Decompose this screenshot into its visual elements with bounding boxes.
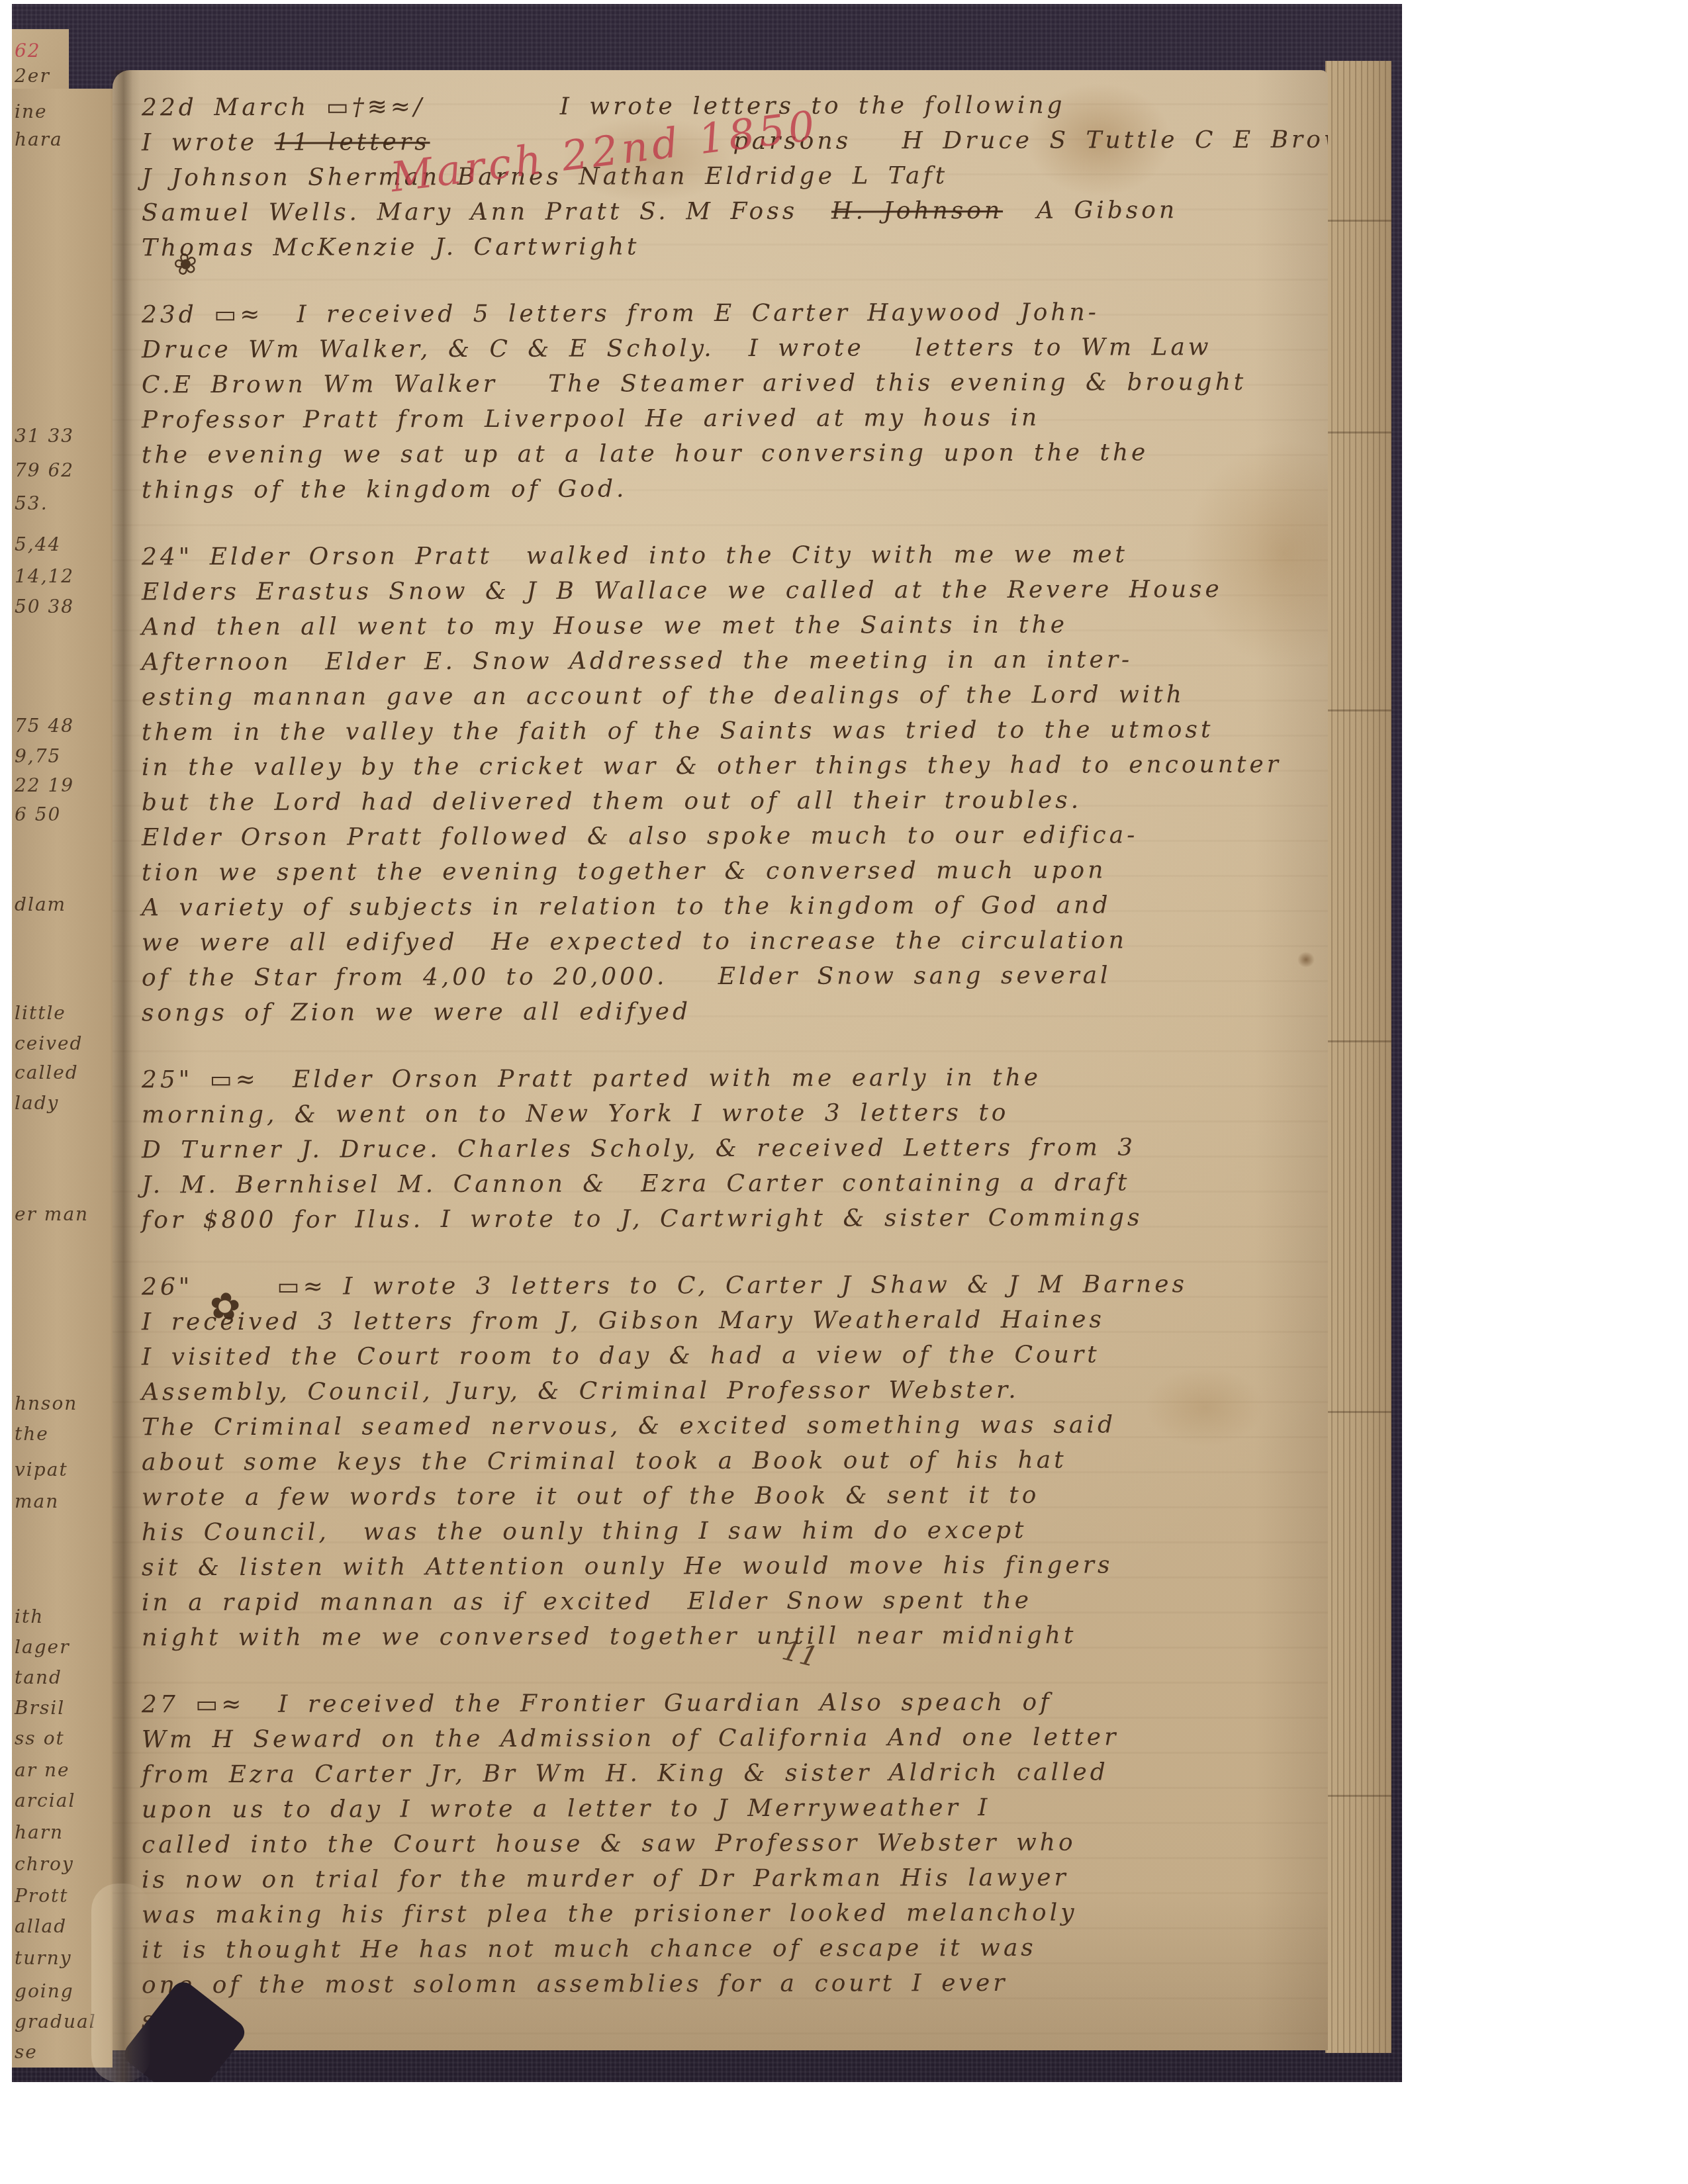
journal-line: it is thought He has not much chance of …: [142, 1930, 1307, 1968]
journal-line: we were all edifyed He expected to incre…: [142, 923, 1307, 961]
journal-line: his Council, was the ounly thing I saw h…: [142, 1512, 1307, 1551]
journal-line: Elder Orson Pratt followed & also spoke …: [142, 817, 1307, 856]
journal-entry: 26" ▭≈ I wrote 3 letters to C, Carter J …: [142, 1268, 1307, 1654]
page-edge-line: [1325, 709, 1391, 711]
journal-page: March 22nd 1850 22d March ▭†≋≈/ I wrote …: [113, 70, 1328, 2050]
journal-line: for $800 for Ilus. I wrote to J, Cartwri…: [142, 1200, 1307, 1238]
journal-line: A variety of subjects in relation to the…: [142, 887, 1307, 926]
journal-line: songs of Zion we were all edifyed: [142, 993, 1307, 1031]
journal-line: 26" ▭≈ I wrote 3 letters to C, Carter J …: [142, 1267, 1307, 1305]
struck-text: H. Johnson: [831, 197, 1003, 225]
journal-line: things of the kingdom of God.: [142, 470, 1307, 508]
journal-line: Elders Erastus Snow & J B Wallace we cal…: [142, 572, 1307, 610]
page-edge-line: [1325, 1411, 1391, 1413]
journal-line: 27 ▭≈ I received the Frontier Guardian A…: [142, 1684, 1307, 1723]
journal-line: esting mannan gave an account of the dea…: [142, 677, 1307, 715]
page-edge-line: [1325, 1795, 1391, 1797]
journal-line: was making his first plea the prisioner …: [142, 1895, 1307, 1933]
book-gutter-shadow: [110, 70, 140, 2082]
journal-entry: 24" Elder Orson Pratt walked into the Ci…: [142, 538, 1307, 1029]
page-edge-line: [1325, 220, 1391, 222]
journal-line: I received 3 letters from J, Gibson Mary…: [142, 1302, 1307, 1340]
journal-line: Professor Pratt from Liverpool He arived…: [142, 400, 1307, 438]
journal-entry: 27 ▭≈ I received the Frontier Guardian A…: [142, 1686, 1307, 2036]
journal-line: 25" ▭≈ Elder Orson Pratt parted with me …: [142, 1060, 1307, 1098]
journal-line: them in the valley the faith of the Sain…: [142, 712, 1307, 751]
page-edge-line: [1325, 1040, 1391, 1042]
journal-line: in a rapid mannan as if excited Elder Sn…: [142, 1582, 1307, 1621]
journal-line: C.E Brown Wm Walker The Steamer arived t…: [142, 365, 1307, 403]
journal-line: 23d ▭≈ I received 5 letters from E Carte…: [142, 295, 1307, 333]
journal-line: morning, & went on to New York I wrote 3…: [142, 1095, 1307, 1133]
page-edge-line: [1325, 432, 1391, 433]
journal-line: in the valley by the cricket war & other…: [142, 747, 1307, 786]
journal-line: from Ezra Carter Jr, Br Wm H. King & sis…: [142, 1754, 1307, 1793]
ink-doodle: ✿: [207, 1283, 244, 1330]
journal-entry: 25" ▭≈ Elder Orson Pratt parted with me …: [142, 1061, 1307, 1236]
journal-line: upon us to day I wrote a letter to J Mer…: [142, 1790, 1307, 1828]
journal-line: J. M. Bernhisel M. Cannon & Ezra Carter …: [142, 1165, 1307, 1203]
journal-line: called into the Court house & saw Profes…: [142, 1825, 1307, 1863]
page-edges: [1325, 61, 1391, 2053]
page-curl-highlight: [91, 1884, 151, 2082]
journal-line: I visited the Court room to day & had a …: [142, 1337, 1307, 1375]
journal-line: saw: [142, 2000, 1307, 2038]
journal-line: The Criminal seamed nervous, & excited s…: [142, 1407, 1307, 1445]
journal-line: the evening we sat up at a late hour con…: [142, 435, 1307, 473]
journal-line: 24" Elder Orson Pratt walked into the Ci…: [142, 537, 1307, 575]
journal-line: Wm H Seward on the Admission of Californ…: [142, 1719, 1307, 1758]
journal-line: night with me we conversed together unti…: [142, 1617, 1307, 1656]
journal-line: about some keys the Criminal took a Book…: [142, 1442, 1307, 1480]
journal-line: tion we spent the evening together & con…: [142, 852, 1307, 891]
margin-fragment: 62: [15, 40, 1398, 62]
journal-line: wrote a few words tore it out of the Boo…: [142, 1477, 1307, 1516]
journal-line: but the Lord had delivered them out of a…: [142, 782, 1307, 821]
journal-line: Druce Wm Walker, & C & E Scholy. I wrote…: [142, 330, 1307, 368]
journal-line: Assembly, Council, Jury, & Criminal Prof…: [142, 1372, 1307, 1410]
journal-line: J Johnson Sherman Barnes Nathan Eldridge…: [142, 158, 1307, 196]
entries: 22d March ▭†≋≈/ I wrote letters to the f…: [142, 89, 1307, 2050]
journal-line: sit & listen with Attention ounly He wou…: [142, 1547, 1307, 1586]
journal-line: one of the most solomn assemblies for a …: [142, 1965, 1307, 2003]
journal-entry: 23d ▭≈ I received 5 letters from E Carte…: [142, 296, 1307, 506]
journal-line: Afternoon Elder E. Snow Addressed the me…: [142, 642, 1307, 680]
journal-line: Samuel Wells. Mary Ann Pratt S. M Foss H…: [142, 193, 1307, 231]
journal-line: And then all went to my House we met the…: [142, 607, 1307, 645]
journal-line: of the Star from 4,00 to 20,000. Elder S…: [142, 958, 1307, 996]
journal-line: Thomas McKenzie J. Cartwright: [142, 228, 1307, 266]
journal-line: is now on trial for the murder of Dr Par…: [142, 1860, 1307, 1898]
journal-photo: 622erinehara31 3379 6253.5,4414,1250 387…: [12, 4, 1402, 2082]
journal-line: D Turner J. Druce. Charles Scholy, & rec…: [142, 1130, 1307, 1168]
